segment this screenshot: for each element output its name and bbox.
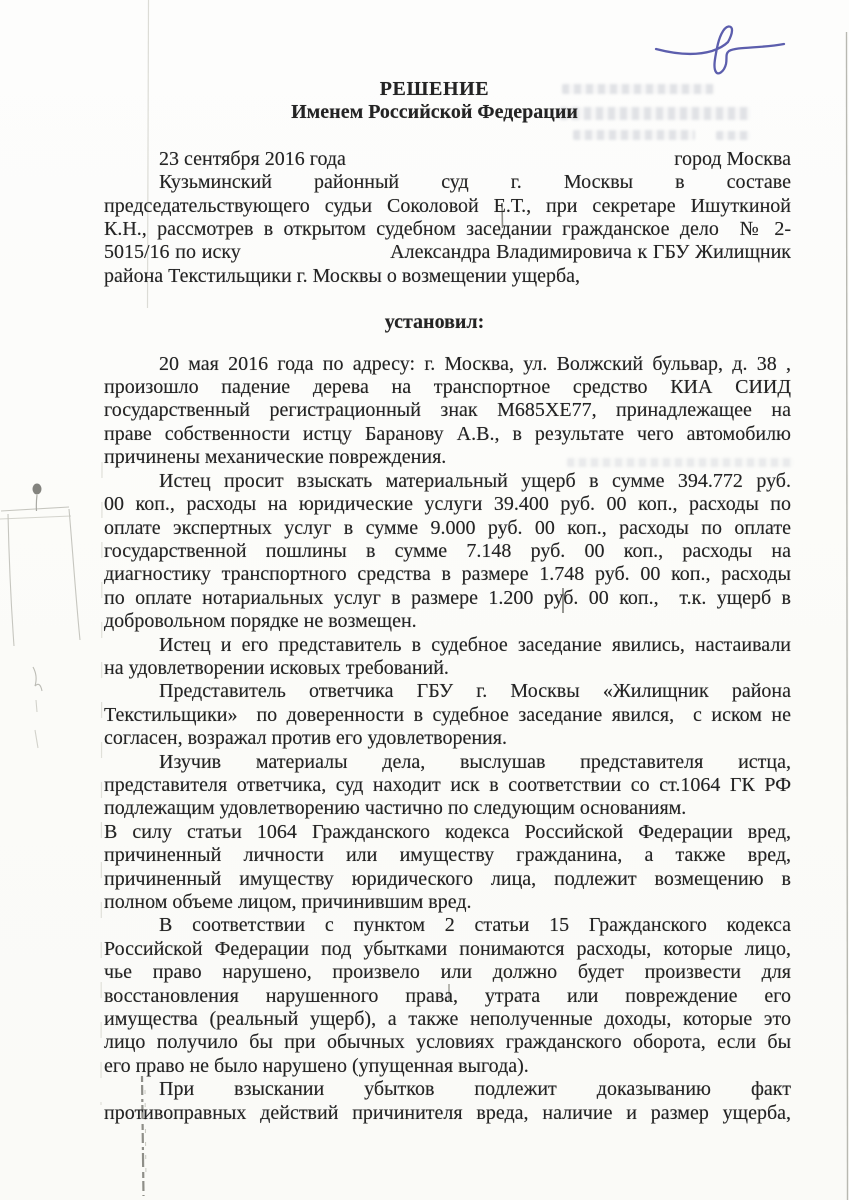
paragraph: Истец и его представитель в судебное зас… (104, 634, 791, 681)
staple-hole-dot (33, 484, 42, 495)
text-line: на удовлетворении исковых требований. (104, 657, 791, 680)
text-line: противоправных действий причинителя вред… (104, 1102, 791, 1125)
text-line: При взыскании убытков подлежит доказыван… (104, 1078, 791, 1101)
text-line: лицо получило бы при обычных условиях гр… (104, 1031, 791, 1054)
text-line: Истец просит взыскать материальный ущерб… (104, 470, 791, 493)
text-line: В соответствии с пунктом 2 статьи 15 Гра… (104, 914, 791, 937)
bleed-through-stamp-box (0, 507, 80, 748)
paragraph: Представитель ответчика ГБУ г. Москвы «Ж… (104, 680, 791, 750)
text-line: причинены механические повреждения. (104, 446, 791, 469)
court-composition-paragraph: Кузьминский районный суд г. Москвы в сос… (104, 171, 791, 288)
paragraph: 20 мая 2016 года по адресу: г. Москва, у… (104, 353, 791, 470)
text-line: председательствующего судьи Соколовой Е.… (104, 195, 791, 218)
decision-body: 20 мая 2016 года по адресу: г. Москва, у… (104, 353, 791, 1125)
text-line: района Текстильщики г. Москвы о возмещен… (104, 265, 791, 288)
decision-date: 23 сентября 2016 года (159, 148, 346, 171)
text-line: 20 мая 2016 года по адресу: г. Москва, у… (104, 353, 791, 376)
staple-hole-stem (36, 495, 37, 511)
text-line: добровольном порядке не возмещен. (104, 610, 791, 633)
text-line: В силу статьи 1064 Гражданского кодекса … (104, 821, 791, 844)
text-line: Представитель ответчика ГБУ г. Москвы «Ж… (104, 680, 791, 703)
text-line: причиненный имуществу юридического лица,… (104, 868, 791, 891)
paragraph: При взыскании убытков подлежит доказыван… (104, 1078, 791, 1125)
paragraph: В силу статьи 1064 Гражданского кодекса … (104, 821, 791, 915)
date-city-line: 23 сентября 2016 года город Москва (104, 148, 791, 171)
text-line: чье право нарушено, произвело или должно… (104, 961, 791, 984)
pen-mark (656, 26, 784, 73)
document-title: РЕШЕНИЕ (91, 78, 778, 101)
text-line: государственной пошлины в сумме 7.148 ру… (104, 540, 791, 563)
left-margin-crease (101, 462, 102, 1105)
text-line: Изучив материалы дела, выслушав представ… (104, 751, 791, 774)
text-line: праве собственности истцу Баранову А.В.,… (104, 423, 791, 446)
ruling-heading: установил: (91, 311, 778, 334)
text-line: Истец и его представитель в судебное зас… (104, 634, 791, 657)
text-line: восстановления нарушенного права, утрата… (104, 985, 791, 1008)
text-line: подлежащим удовлетворению частично по сл… (104, 797, 791, 820)
document-subtitle: Именем Российской Федерации (91, 101, 778, 124)
text-line: имущества (реальный ущерб), а также непо… (104, 1008, 791, 1031)
text-line: Кузьминский районный суд г. Москвы в сос… (104, 171, 791, 194)
text-line: его право не было нарушено (упущенная вы… (104, 1055, 791, 1078)
text-line: представителя ответчика, суд находит иск… (104, 774, 791, 797)
text-line: Российской Федерации под убытками понима… (104, 938, 791, 961)
decision-city: город Москва (674, 148, 791, 171)
text-line: согласен, возражал против его удовлетвор… (104, 727, 791, 750)
text-line: К.Н., рассмотрев в открытом судебном зас… (104, 218, 791, 241)
text-line: диагностику транспортного средства в раз… (104, 563, 791, 586)
text-line: 00 коп., расходы на юридические услуги 3… (104, 493, 791, 516)
text-line: Текстильщики» по доверенности в судебное… (104, 704, 791, 727)
paragraph: Кузьминский районный суд г. Москвы в сос… (104, 171, 791, 288)
text-line: полном объеме лицом, причинившим вред. (104, 891, 791, 914)
text-line: оплате экспертных услуг в сумме 9.000 ру… (104, 517, 791, 540)
document-text-block: РЕШЕНИЕ Именем Российской Федерации 23 с… (104, 78, 791, 1125)
scanned-court-decision-page: РЕШЕНИЕ Именем Российской Федерации 23 с… (0, 0, 849, 1200)
paragraph: Истец просит взыскать материальный ущерб… (104, 470, 791, 634)
text-line: по оплате нотариальных услуг в размере 1… (104, 587, 791, 610)
paragraph: Изучив материалы дела, выслушав представ… (104, 751, 791, 821)
text-line: государственный регистрационный знак М68… (104, 399, 791, 422)
text-line: причиненный личности или имуществу гражд… (104, 844, 791, 867)
text-line: 5015/16 по иску Александра Владимировича… (104, 241, 791, 264)
right-page-edge-line (847, 32, 848, 1200)
text-line: произошло падение дерева на транспортное… (104, 376, 791, 399)
paragraph: В соответствии с пунктом 2 статьи 15 Гра… (104, 914, 791, 1078)
